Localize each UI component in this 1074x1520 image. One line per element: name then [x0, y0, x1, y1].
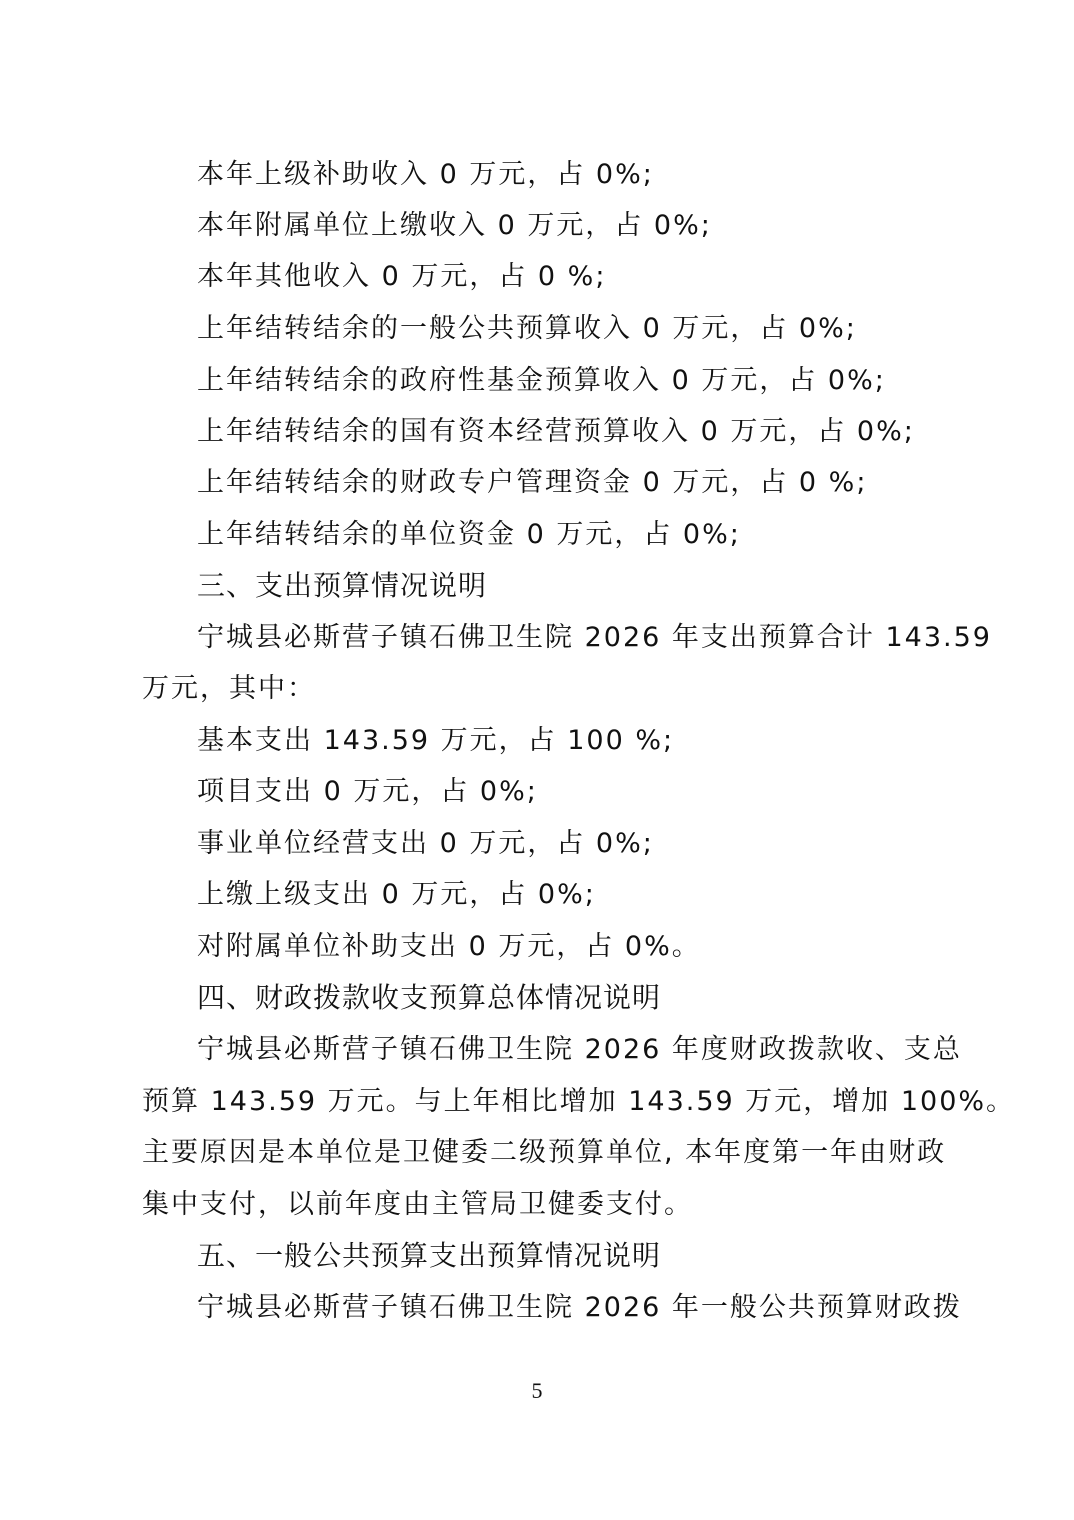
expenditure-item-affiliated-subsidy: 对附属单位补助支出 0 万元，占 0%。 — [197, 930, 701, 964]
page-number: 5 — [0, 1378, 1074, 1404]
income-item-carryover-general: 上年结转结余的一般公共预算收入 0 万元，占 0%; — [197, 312, 857, 346]
income-item-carryover-special-account: 上年结转结余的财政专户管理资金 0 万元，占 0 %; — [197, 466, 867, 500]
income-item-affiliated-units: 本年附属单位上缴收入 0 万元，占 0%; — [197, 209, 712, 243]
expenditure-item-project: 项目支出 0 万元，占 0%; — [197, 775, 538, 809]
income-item-carryover-state-capital: 上年结转结余的国有资本经营预算收入 0 万元，占 0%; — [197, 415, 915, 449]
fiscal-paragraph-line-4: 集中支付，以前年度由主管局卫健委支付。 — [142, 1188, 693, 1222]
fiscal-paragraph-line-3: 主要原因是本单位是卫健委二级预算单位, 本年度第一年由财政 — [142, 1136, 937, 1170]
income-item-carryover-fund: 上年结转结余的政府性基金预算收入 0 万元，占 0%; — [197, 364, 886, 398]
section-heading-fiscal-appropriation: 四、财政拨款收支预算总体情况说明 — [197, 981, 661, 1015]
fiscal-paragraph-line-1: 宁城县必斯营子镇石佛卫生院 2026 年度财政拨款收、支总 — [197, 1033, 937, 1067]
expenditure-item-basic: 基本支出 143.59 万元，占 100 %; — [197, 724, 674, 758]
fiscal-paragraph-line-2: 预算 143.59 万元。与上年相比增加 143.59 万元，增加 100%。 — [142, 1085, 937, 1119]
expenditure-intro-line-2: 万元，其中： — [142, 672, 316, 706]
expenditure-intro-line-1: 宁城县必斯营子镇石佛卫生院 2026 年支出预算合计 143.59 — [197, 621, 937, 655]
document-page: 本年上级补助收入 0 万元，占 0%; 本年附属单位上缴收入 0 万元，占 0%… — [0, 0, 1074, 1520]
general-budget-paragraph-line-1: 宁城县必斯营子镇石佛卫生院 2026 年一般公共预算财政拨 — [197, 1291, 937, 1325]
income-item-other: 本年其他收入 0 万元，占 0 %; — [197, 260, 606, 294]
expenditure-item-operating: 事业单位经营支出 0 万元，占 0%; — [197, 827, 654, 861]
expenditure-item-remit-superior: 上缴上级支出 0 万元，占 0%; — [197, 878, 596, 912]
section-heading-expenditure: 三、支出预算情况说明 — [197, 569, 487, 603]
income-item-carryover-unit-funds: 上年结转结余的单位资金 0 万元，占 0%; — [197, 518, 741, 552]
income-item-superior-subsidy: 本年上级补助收入 0 万元，占 0%; — [197, 158, 654, 192]
section-heading-general-public-budget: 五、一般公共预算支出预算情况说明 — [197, 1239, 661, 1273]
